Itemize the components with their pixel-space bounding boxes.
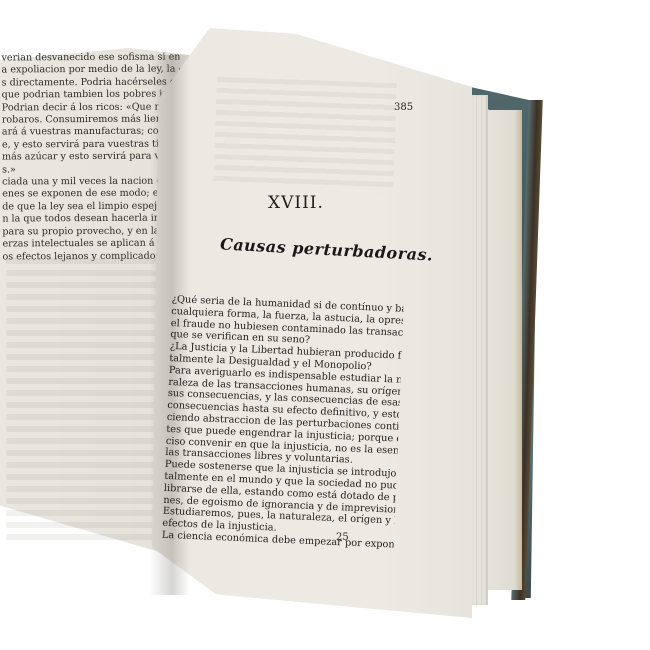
endpaper: [486, 110, 522, 590]
show-through-text: [213, 77, 397, 193]
chapter-number: XVIII.: [268, 193, 324, 213]
book-photo: verian desvanecido ese sofisma si en vez…: [0, 0, 650, 650]
page-number: 385: [394, 102, 413, 113]
show-through-text: [6, 258, 156, 546]
signature-mark: 25: [336, 532, 349, 543]
right-page-text: ¿Qué seria de la humanidad si de contínu…: [162, 294, 404, 551]
